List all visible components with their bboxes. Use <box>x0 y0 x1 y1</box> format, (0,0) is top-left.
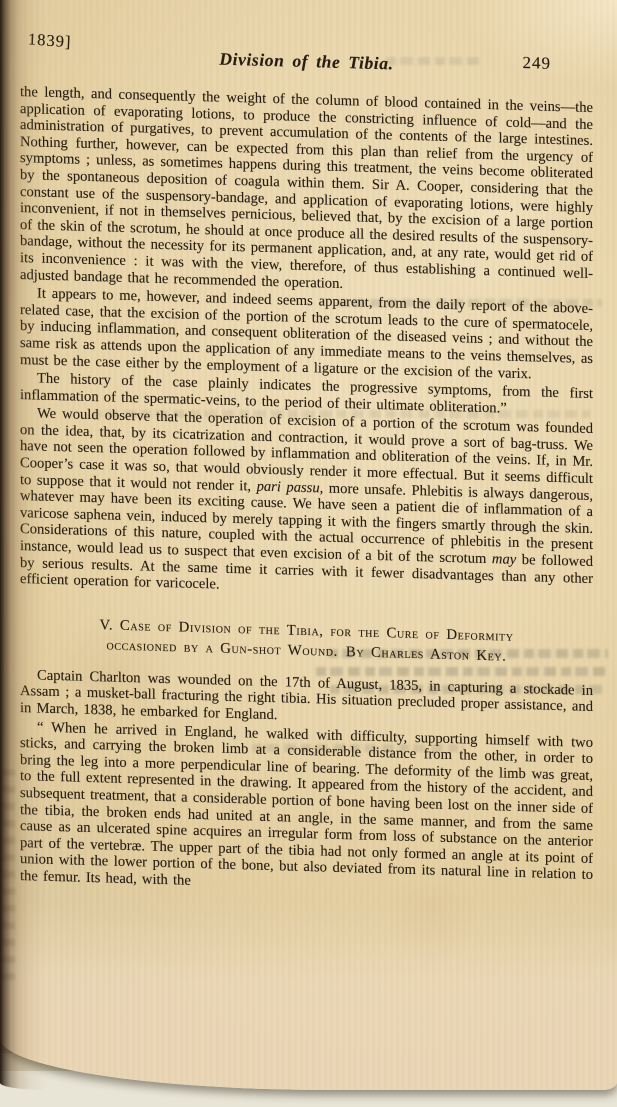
text-run: “ When he arrived in England, he walked … <box>20 719 593 889</box>
paragraph: It appears to me, however, and indeed se… <box>20 285 593 384</box>
spine-gutter-shadow <box>0 0 46 1090</box>
page-surface: 1839] Division of the Tibia. 249 the len… <box>0 0 617 1090</box>
case-section-text: Captain Charlton was wounded on the 17th… <box>20 667 593 901</box>
running-title: Division of the Tibia. <box>20 43 593 80</box>
text-run: It appears to me, however, and indeed se… <box>20 286 593 382</box>
italic-text-run: pari passu <box>257 478 320 496</box>
italic-text-run: may <box>492 551 516 568</box>
page-number: 249 <box>523 53 552 74</box>
section-heading: V. Case of Division of the Tibia, for th… <box>34 613 579 669</box>
text-run: Captain Charlton was wounded on the 17th… <box>20 667 593 723</box>
book-page-scan: 1839] Division of the Tibia. 249 the len… <box>0 0 617 1107</box>
text-run: the length, and consequently the weight … <box>20 84 593 292</box>
paragraph: the length, and consequently the weight … <box>20 84 593 299</box>
page-content: 1839] Division of the Tibia. 249 the len… <box>20 30 593 901</box>
paragraph: We would observe that the operation of e… <box>20 405 593 604</box>
article-end-text: the length, and consequently the weight … <box>20 84 593 604</box>
paragraph: “ When he arrived in England, he walked … <box>20 719 593 901</box>
